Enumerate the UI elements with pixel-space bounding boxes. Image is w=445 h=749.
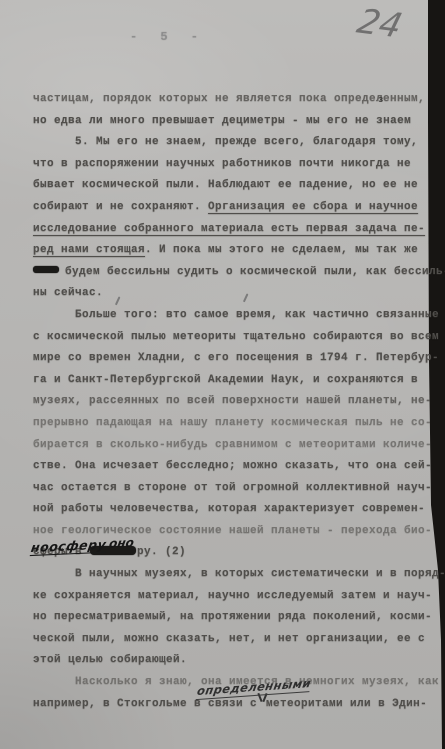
typed-line: Больше того: вто самое время, как частич… — [33, 305, 435, 327]
typed-line: ной работы человечества, которая характе… — [33, 499, 435, 521]
typed-line: час остается в стороне от той огромной к… — [33, 478, 435, 500]
line-text: метеоритами или в Эдин- — [266, 698, 427, 710]
handwritten-word: оно — [108, 535, 135, 550]
typed-line: будем бессильны судить о космической пыл… — [33, 262, 435, 284]
handwritten-folio-number: 24 — [353, 2, 406, 46]
typed-line: ны сейчас. — [33, 283, 435, 305]
ink-redaction-blob — [33, 266, 59, 273]
typed-line: музеях, рассеянных по всей поверхности н… — [33, 391, 435, 413]
typed-line: исследование собранного материала есть п… — [33, 219, 435, 241]
handwritten-correction-letter: з — [378, 95, 383, 105]
typed-line: но пересматриваемый, на протяжении ряда … — [33, 607, 435, 629]
typed-line: В научных музеях, в которых систематичес… — [33, 564, 435, 586]
typed-line: что в распоряжении научных работников по… — [33, 154, 435, 176]
typed-line: ке сохраняется материал, научно исследуе… — [33, 586, 435, 608]
typed-text-block: частицам, порядок которых не является по… — [33, 89, 435, 715]
typed-line: этой целью собирающей. — [33, 650, 435, 672]
line-text: например, в Стокгольме в связи с — [33, 698, 257, 710]
typed-line: ческой пыли, можно сказать, нет, и нет о… — [33, 629, 435, 651]
line-text: но едва ли много превышает дециметры - м… — [33, 115, 376, 127]
typed-line: собирают и не сохраняют. Организация ее … — [33, 197, 435, 219]
typed-line: прерывно падающая на нашу планету космич… — [33, 413, 435, 435]
line-text: собирают и не сохраняют. — [33, 201, 208, 213]
line-text: . И пока мы этого не сделаем, мы так же — [145, 244, 418, 256]
underlined-text: ред нами стоящая — [33, 244, 145, 256]
typed-line: с космической пылью метеориты тщательно … — [33, 327, 435, 349]
line-text: будем бессильны судить о космической пыл… — [65, 266, 445, 278]
line-text: ру. (2) — [137, 546, 186, 558]
typed-line: мире со времен Хладни, с его посещения в… — [33, 348, 435, 370]
typed-line: стве. Она исчезает бесследно; можно сказ… — [33, 456, 435, 478]
typed-line: частицам, порядок которых не является по… — [33, 89, 435, 111]
scanned-page: - 5 - 24 частицам, порядок которых не яв… — [0, 0, 445, 749]
typed-line: ред нами стоящая. И пока мы этого не сде… — [33, 240, 435, 262]
typed-line: бывает космической пыли. Наблюдают ее па… — [33, 175, 435, 197]
page-number: - 5 - — [130, 30, 206, 44]
line-text: знаем — [376, 115, 411, 127]
underlined-text: Организация ее сбора и научное — [208, 201, 418, 213]
typed-line: га и Санкт-Петербургской Академии Наук, … — [33, 370, 435, 392]
typed-line: но едва ли много превышает дециметры - м… — [33, 111, 435, 133]
typed-line: бирается в сколько-нибудь сравнимом с ме… — [33, 435, 435, 457]
underlined-text: исследование собранного материала есть п… — [33, 223, 425, 235]
typed-line: 5. Мы его не знаем, прежде всего, благод… — [33, 132, 435, 154]
